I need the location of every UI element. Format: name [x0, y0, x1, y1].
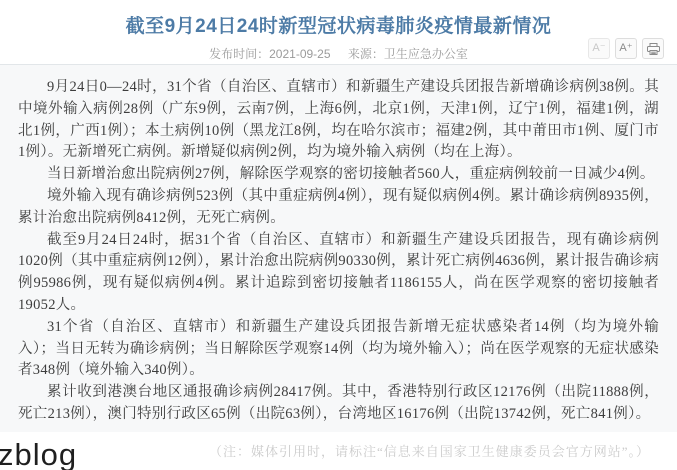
article-body: 9月24日0—24时，31个省（自治区、直辖市）和新疆生产建设兵团报告新增确诊病… [0, 64, 677, 432]
paragraph-new-cases: 9月24日0—24时，31个省（自治区、直辖市）和新疆生产建设兵团报告新增确诊病… [18, 77, 659, 164]
article-header: 截至9月24日24时新型冠状病毒肺炎疫情最新情况 发布时间：2021-09-25… [0, 0, 677, 64]
article-meta: 发布时间：2021-09-25 来源：卫生应急办公室 [0, 45, 677, 62]
watermark-logo: zblog [0, 437, 77, 470]
paragraph-asymptomatic: 31个省（自治区、直辖市）和新疆生产建设兵团报告新增无症状感染者14例（均为境外… [18, 317, 659, 382]
paragraph-imported: 境外输入现有确诊病例523例（其中重症病例4例），现有疑似病例4例。累计确诊病例… [18, 186, 659, 230]
citation-note: （注：媒体引用时，请标注“信息来自国家卫生健康委员会官方网站”。） [0, 441, 677, 460]
print-button[interactable] [642, 38, 664, 59]
font-decrease-button[interactable]: A⁻ [588, 38, 610, 59]
toolbar: A⁻ A⁺ [588, 38, 664, 59]
printer-icon [647, 43, 660, 55]
paragraph-cumulative: 截至9月24日24时，据31个省（自治区、直辖市）和新疆生产建设兵团报告，现有确… [18, 230, 659, 317]
publish-date: 发布时间：2021-09-25 [209, 47, 330, 61]
paragraph-hk-macao-taiwan: 累计收到港澳台地区通报确诊病例28417例。其中，香港特别行政区12176例（出… [18, 382, 659, 426]
page-title: 截至9月24日24时新型冠状病毒肺炎疫情最新情况 [0, 0, 677, 38]
source-label: 来源：卫生应急办公室 [348, 47, 468, 61]
paragraph-recovered: 当日新增治愈出院病例27例，解除医学观察的密切接触者560人，重症病例较前一日减… [18, 164, 659, 186]
font-increase-button[interactable]: A⁺ [615, 38, 637, 59]
